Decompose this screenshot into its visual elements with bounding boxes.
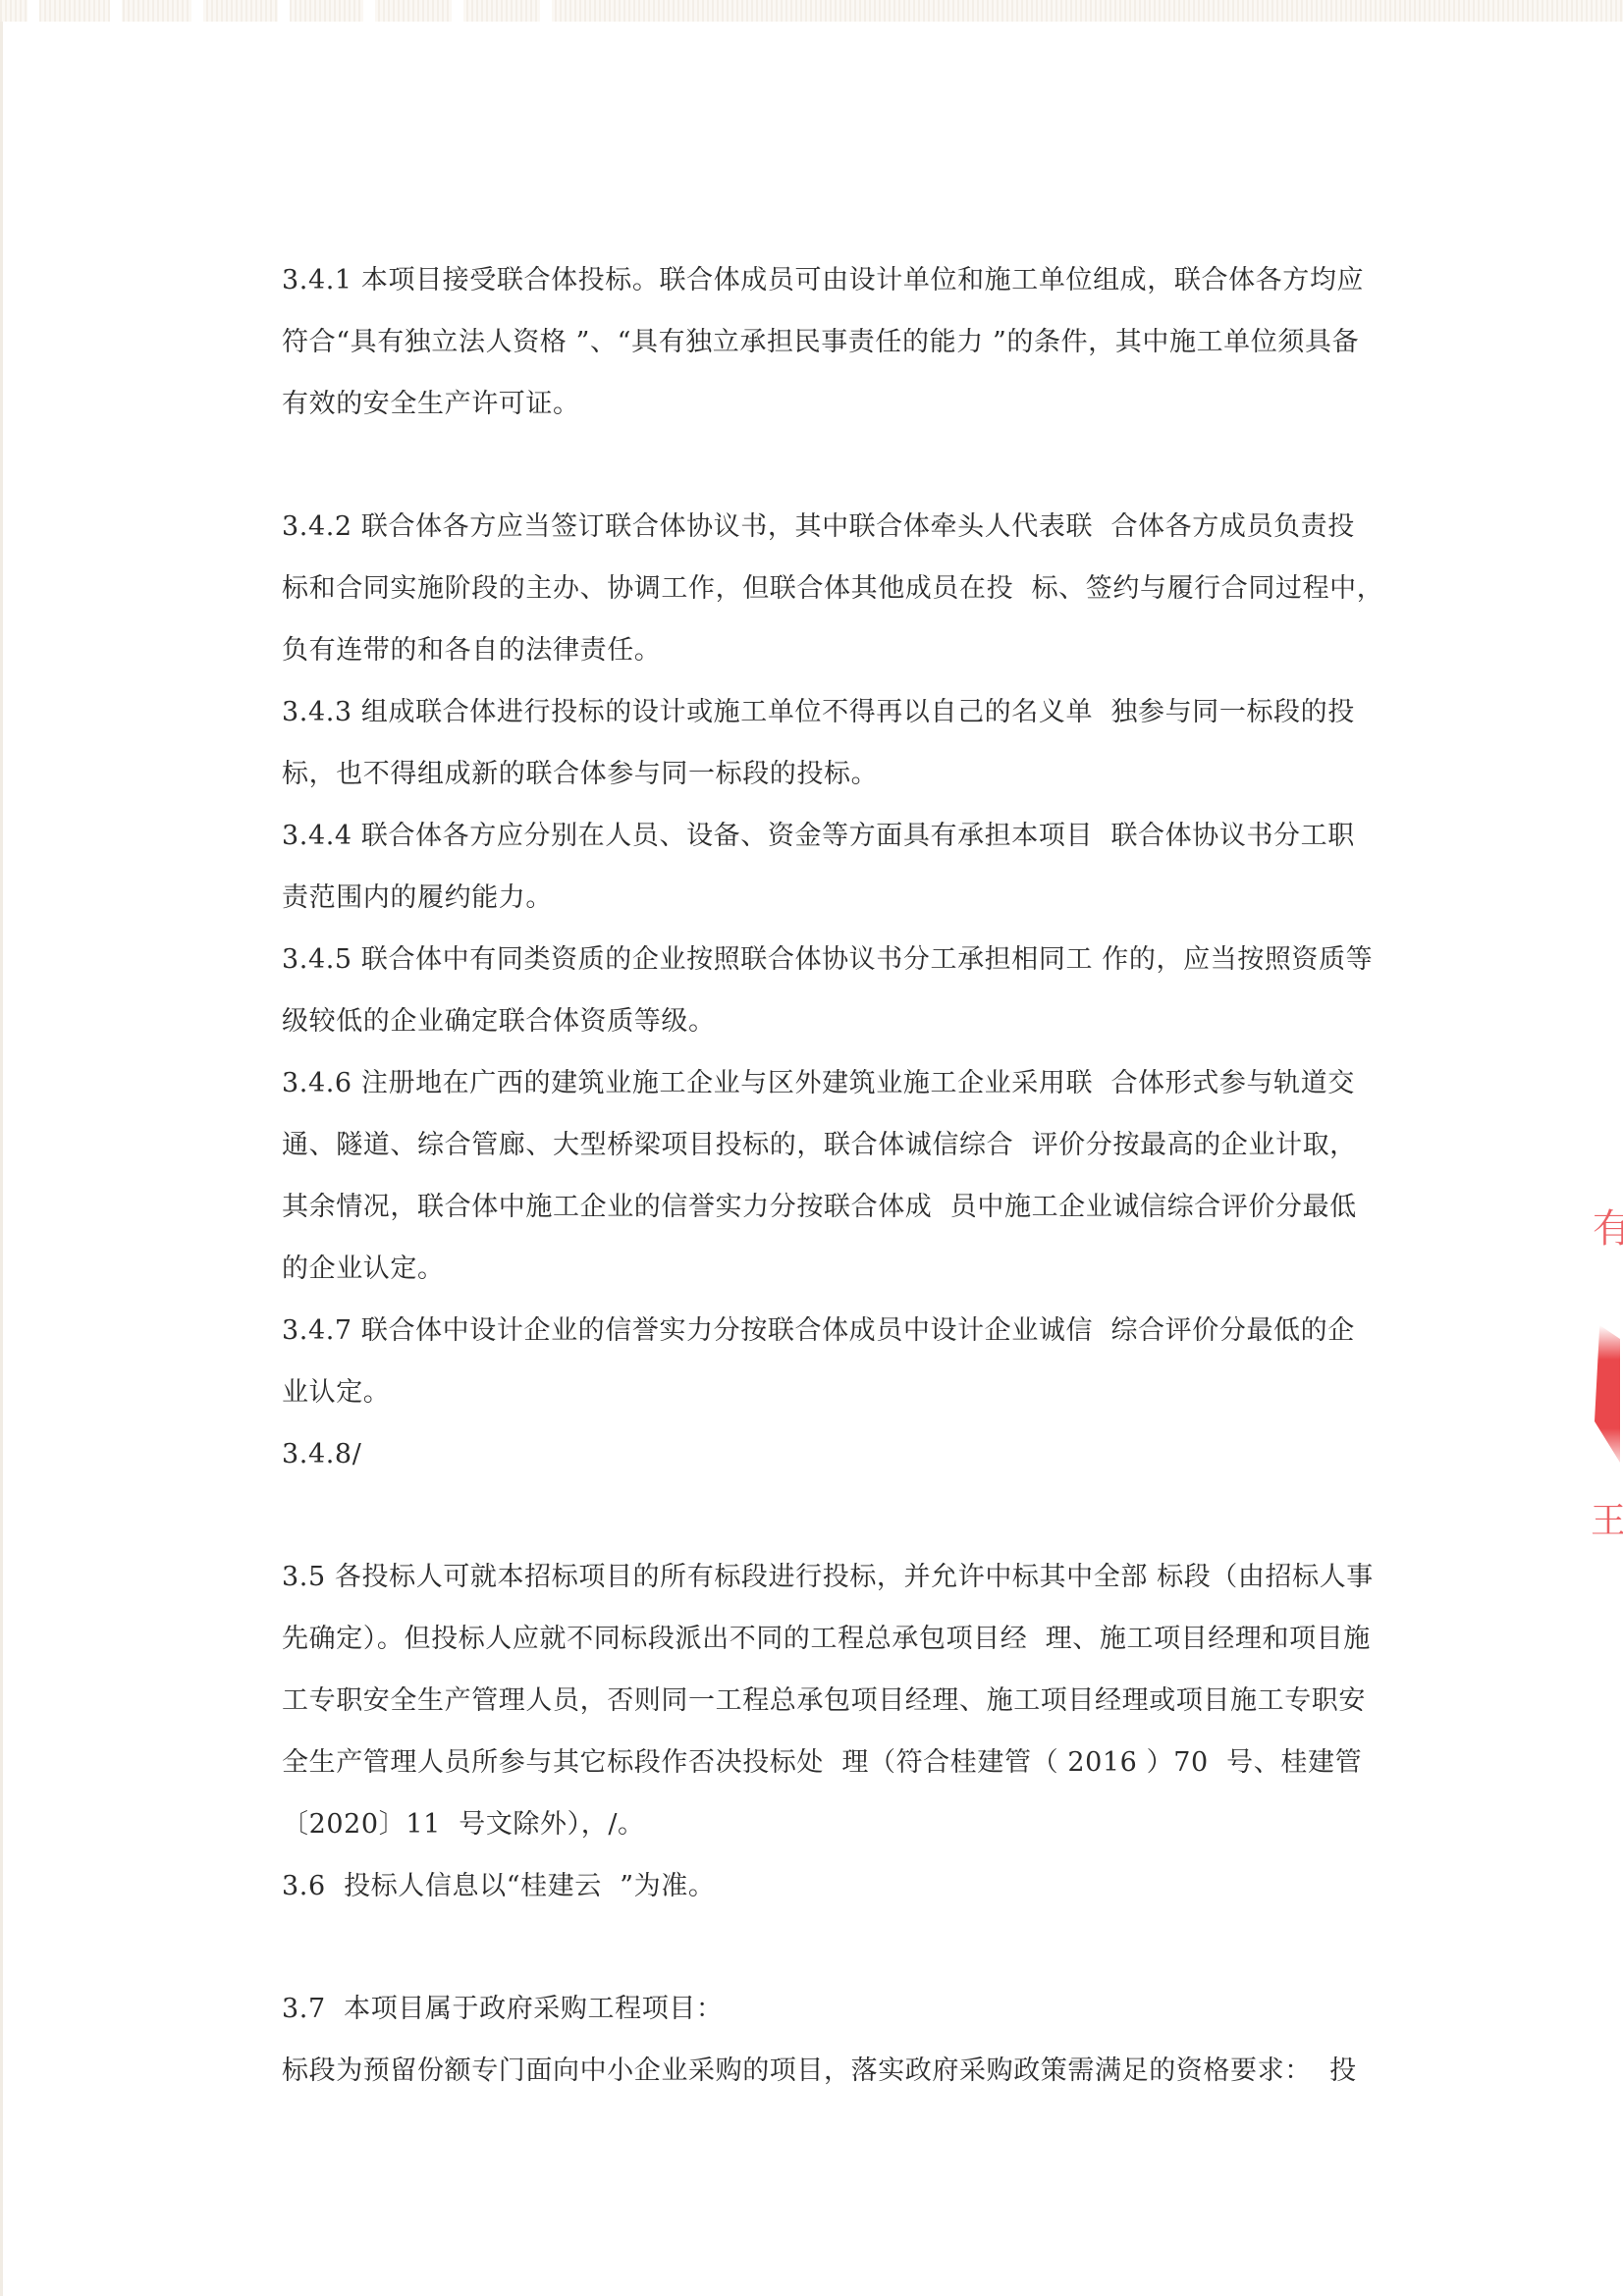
text-line-3-4-2-b: 标和合同实施阶段的主办、协调工作，但联合体其他成员在投 标、签约与履行合同过程中… — [282, 571, 1383, 607]
text-line-3-4-3-a: 3.4.3 组成联合体进行投标的设计或施工单位不得再以自己的名义单 独参与同一标… — [282, 695, 1355, 730]
text-line-3-4-2-a: 3.4.2 联合体各方应当签订联合体协议书，其中联合体牵头人代表联 合体各方成员… — [282, 509, 1355, 545]
text-line-3-4-6-c: 其余情况，联合体中施工企业的信誉实力分按联合体成 员中施工企业诚信综合评价分最低 — [282, 1190, 1357, 1225]
text-line-3-4-7-b: 业认定。 — [282, 1375, 390, 1411]
text-line-3-4-6-a: 3.4.6 注册地在广西的建筑业施工企业与区外建筑业施工企业采用联 合体形式参与… — [282, 1066, 1355, 1101]
text-line-3-4-7-a: 3.4.7 联合体中设计企业的信誉实力分按联合体成员中设计企业诚信 综合评价分最… — [282, 1313, 1355, 1349]
text-line-3-5-d: 全生产管理人员所参与其它标段作否决投标处 理（符合桂建管（ 2016 ）70 号… — [282, 1745, 1362, 1781]
text-line-3-7-a: 3.7 本项目属于政府采购工程项目： — [282, 1992, 724, 2027]
text-line-3-4-4-b: 责范围内的履约能力。 — [282, 881, 553, 916]
seal-glyph-top: 有 — [1593, 1207, 1623, 1251]
text-line-3-7-b: 标段为预留份额专门面向中小企业采购的项目，落实政府采购政策需满足的资格要求： 投 — [282, 2054, 1357, 2089]
text-line-3-6: 3.6 投标人信息以“桂建云 ”为准。 — [282, 1869, 715, 1904]
text-line-3-5-a: 3.5 各投标人可就本招标项目的所有标段进行投标，并允许中标其中全部 标段（由招… — [282, 1560, 1374, 1595]
text-line-3-4-6-b: 通、隧道、综合管廊、大型桥梁项目投标的，联合体诚信综合 评价分按最高的企业计取， — [282, 1128, 1357, 1163]
text-line-3-5-c: 工专职安全生产管理人员，否则同一工程总承包项目经理、施工项目经理或项目施工专职安 — [282, 1683, 1366, 1719]
text-line-3-4-1-a: 3.4.1 本项目接受联合体投标。联合体成员可由设计单位和施工单位组成，联合体各… — [282, 263, 1364, 298]
document-page: 3.4.1 本项目接受联合体投标。联合体成员可由设计单位和施工单位组成，联合体各… — [0, 0, 1623, 2296]
text-line-3-4-2-c: 负有连带的和各自的法律责任。 — [282, 633, 661, 668]
text-line-3-4-5-b: 级较低的企业确定联合体资质等级。 — [282, 1004, 716, 1040]
seal-glyph-bottom: 王 — [1591, 1502, 1623, 1541]
text-line-3-4-8: 3.4.8/ — [282, 1437, 361, 1472]
text-line-3-4-1-c: 有效的安全生产许可证。 — [282, 387, 580, 422]
text-line-3-5-b: 先确定）。但投标人应就不同标段派出不同的工程总承包项目经 理、施工项目经理和项目… — [282, 1622, 1371, 1657]
text-line-3-5-e: 〔2020〕11 号文除外），/。 — [282, 1807, 645, 1842]
text-line-3-4-1-b: 符合“具有独立法人资格 ”、“具有独立承担民事责任的能力 ”的条件，其中施工单位… — [282, 325, 1359, 360]
red-seal-stamp: 有 王 — [1589, 1207, 1623, 1561]
text-line-3-4-6-d: 的企业认定。 — [282, 1252, 445, 1287]
text-line-3-4-4-a: 3.4.4 联合体各方应分别在人员、设备、资金等方面具有承担本项目 联合体协议书… — [282, 819, 1355, 854]
seal-star-fragment — [1595, 1325, 1620, 1463]
text-line-3-4-3-b: 标，也不得组成新的联合体参与同一标段的投标。 — [282, 757, 878, 792]
text-line-3-4-5-a: 3.4.5 联合体中有同类资质的企业按照联合体协议书分工承担相同工 作的，应当按… — [282, 942, 1373, 978]
